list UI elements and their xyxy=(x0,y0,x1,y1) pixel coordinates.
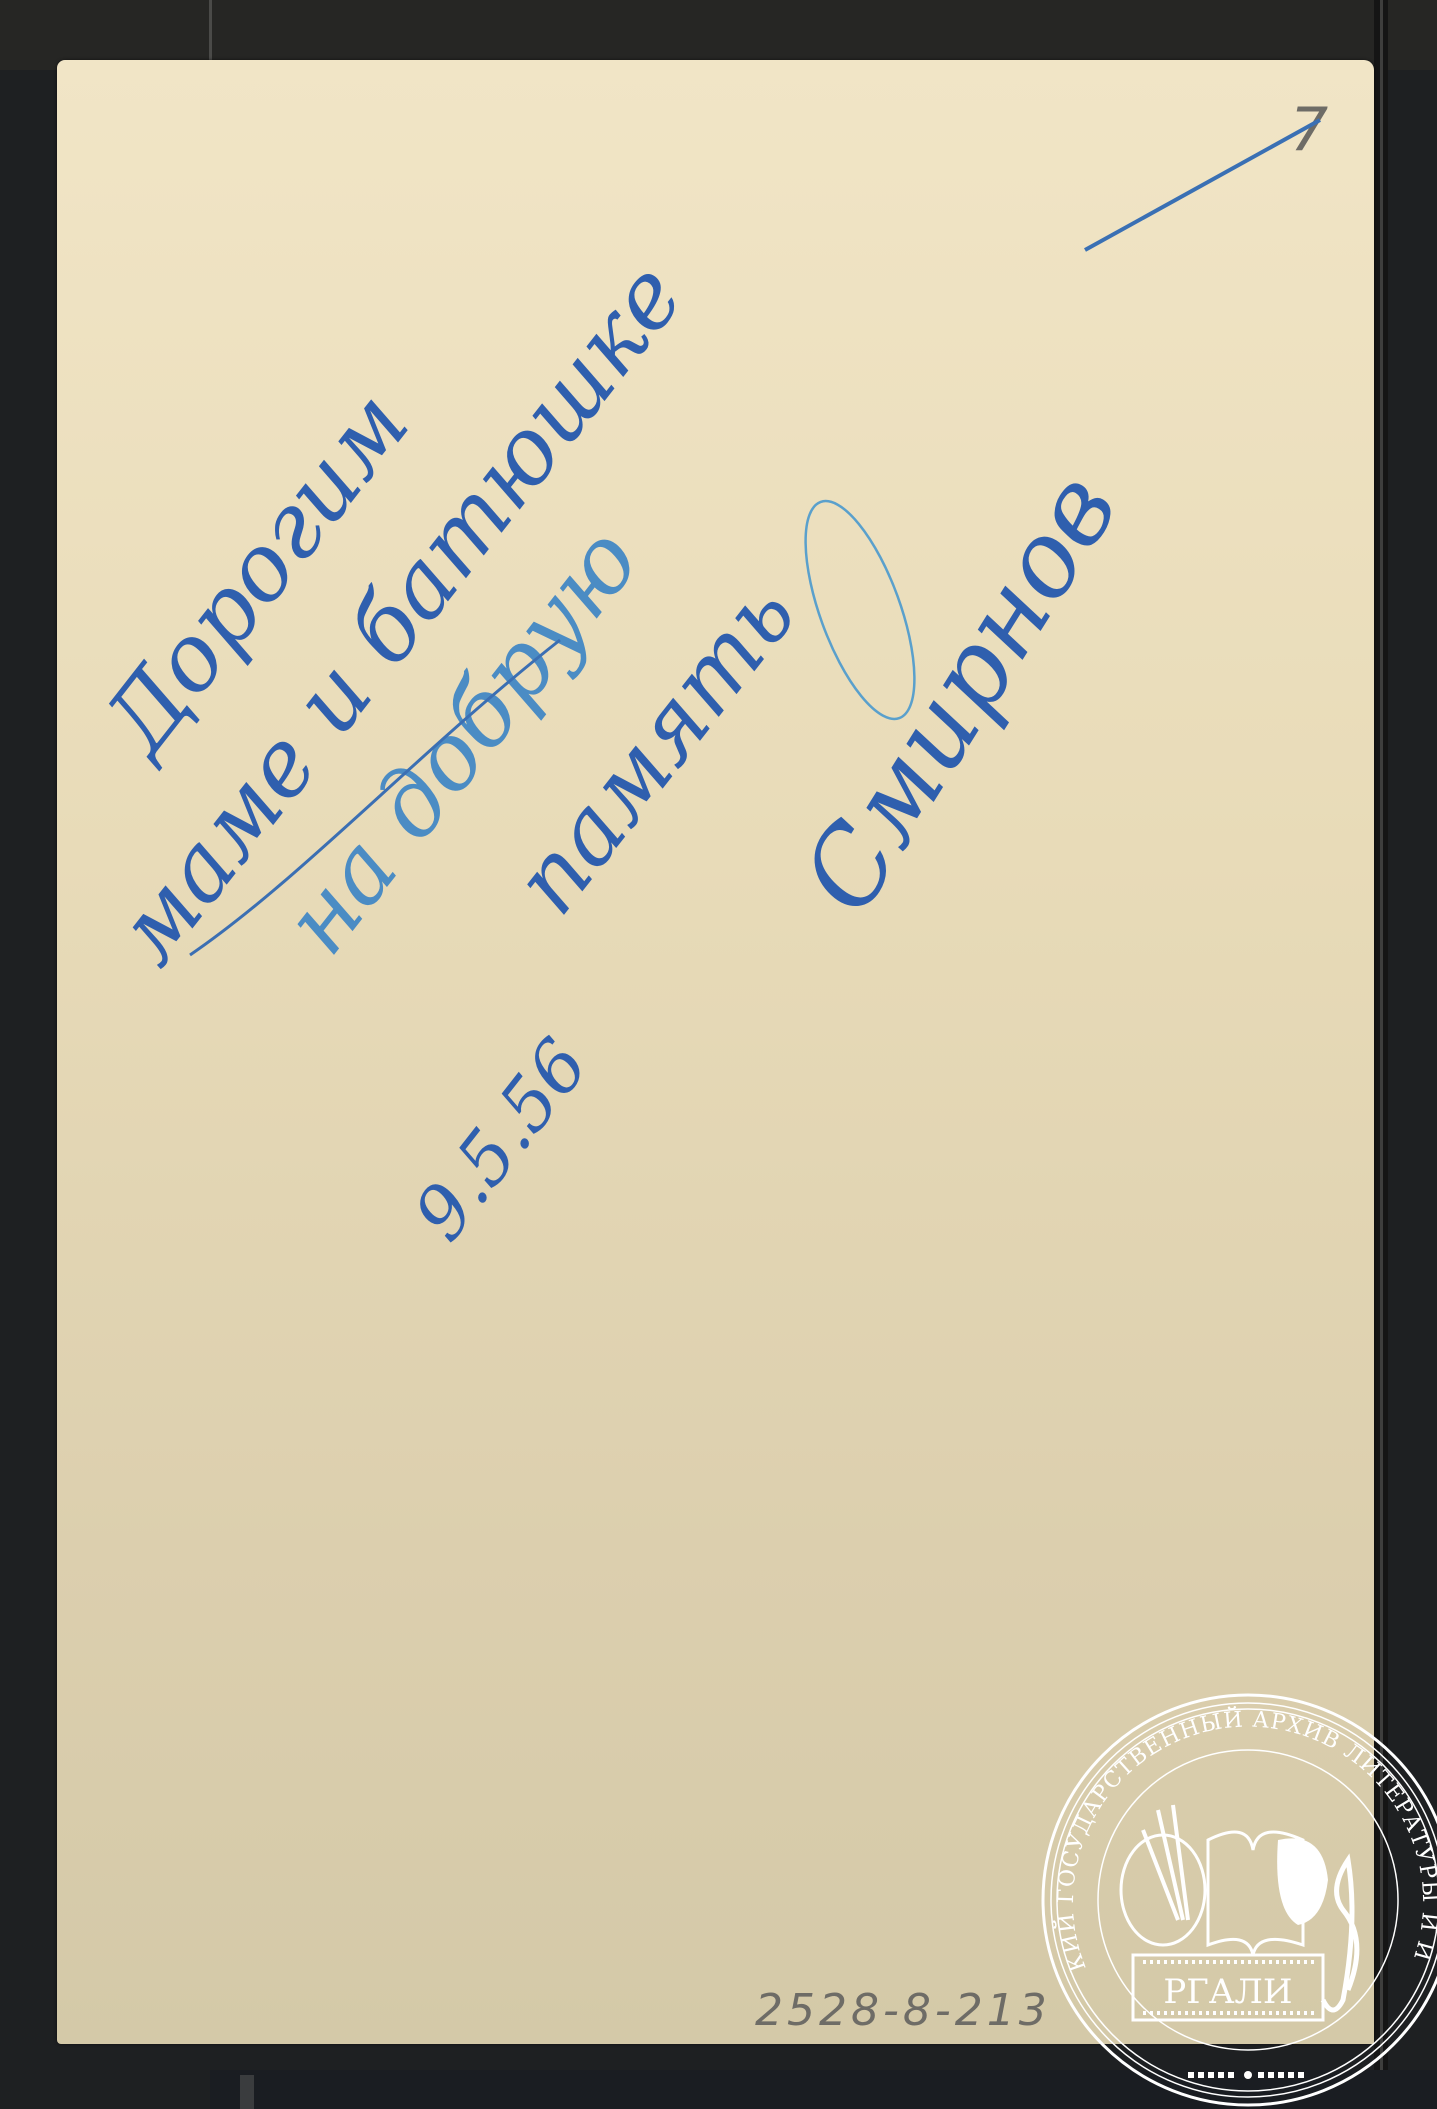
inscription-layer: 7 Дорогим маме и батюшке на добрую памят… xyxy=(0,0,1437,2109)
signature-flourish xyxy=(1085,120,1320,250)
inscription-date: 9.5.56 xyxy=(397,1023,604,1255)
seal-abbreviation: РГАЛИ xyxy=(1163,1972,1292,2012)
archive-code: 2528-8-213 xyxy=(755,1985,1051,2036)
archive-seal: РОССИЙСКИЙ ГОСУДАРСТВЕННЫЙ АРХИВ ЛИТЕРАТ… xyxy=(1043,1695,1437,2105)
seal-arc-text: РОССИЙСКИЙ ГОСУДАРСТВЕННЫЙ АРХИВ ЛИТЕРАТ… xyxy=(1051,1705,1437,1975)
brushes-icon xyxy=(1143,1805,1188,1920)
page-number: 7 xyxy=(1290,95,1328,165)
theatre-mask-icon xyxy=(1277,1838,1328,1925)
treble-clef-icon xyxy=(1323,1860,1357,2010)
signature: Смирнов xyxy=(778,452,1142,933)
palette-icon xyxy=(1121,1835,1205,1945)
signature-loop xyxy=(783,488,937,731)
